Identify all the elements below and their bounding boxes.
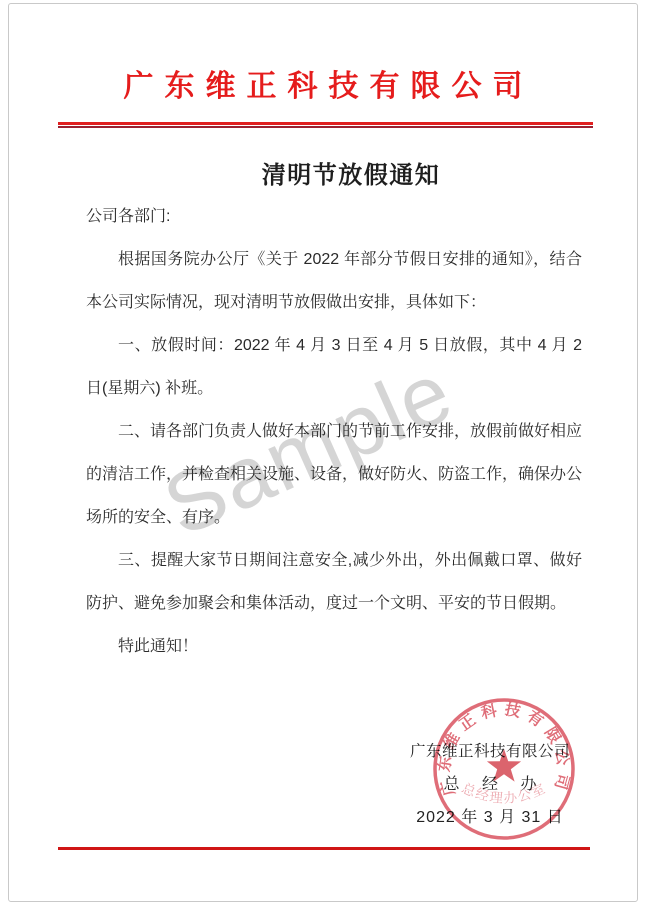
footer-rule xyxy=(58,847,590,850)
notice-document-page: Sample 广东维正科技有限公司 清明节放假通知 公司各部门: 根据国务院办公… xyxy=(8,3,638,902)
signature-date: 2022 年 3 月 31 日 xyxy=(404,801,576,835)
paragraph-item-3-safety-reminder: 三、提醒大家节日期间注意安全,减少外出，外出佩戴口罩、做好防护、避免参加聚会和集… xyxy=(86,539,582,625)
salutation-line: 公司各部门: xyxy=(86,195,582,238)
letterhead-divider-rule xyxy=(58,122,593,128)
signature-department: 总 经 办 xyxy=(404,768,576,801)
paragraph-item-1-holiday-dates: 一、放假时间：2022 年 4 月 3 日至 4 月 5 日放假，其中 4 月 … xyxy=(86,324,582,410)
notice-body: 公司各部门: 根据国务院办公厅《关于 2022 年部分节假日安排的通知》，结合本… xyxy=(86,195,582,668)
scanned-document-canvas: Sample 广东维正科技有限公司 清明节放假通知 公司各部门: 根据国务院办公… xyxy=(0,0,648,915)
notice-title: 清明节放假通知 xyxy=(37,155,638,190)
closing-line: 特此通知！ xyxy=(86,625,582,668)
company-letterhead: 广东维正科技有限公司 xyxy=(9,61,637,105)
divider-thin-line xyxy=(58,126,593,128)
signature-block: 广东维正科技有限公司 总 经 办 2022 年 3 月 31 日 xyxy=(404,735,576,835)
paragraph-item-2-department-duties: 二、请各部门负责人做好本部门的节前工作安排，放假前做好相应的清洁工作，并检查相关… xyxy=(86,410,582,539)
signature-company-name: 广东维正科技有限公司 xyxy=(404,735,576,768)
paragraph-intro: 根据国务院办公厅《关于 2022 年部分节假日安排的通知》，结合本公司实际情况，… xyxy=(86,238,582,324)
